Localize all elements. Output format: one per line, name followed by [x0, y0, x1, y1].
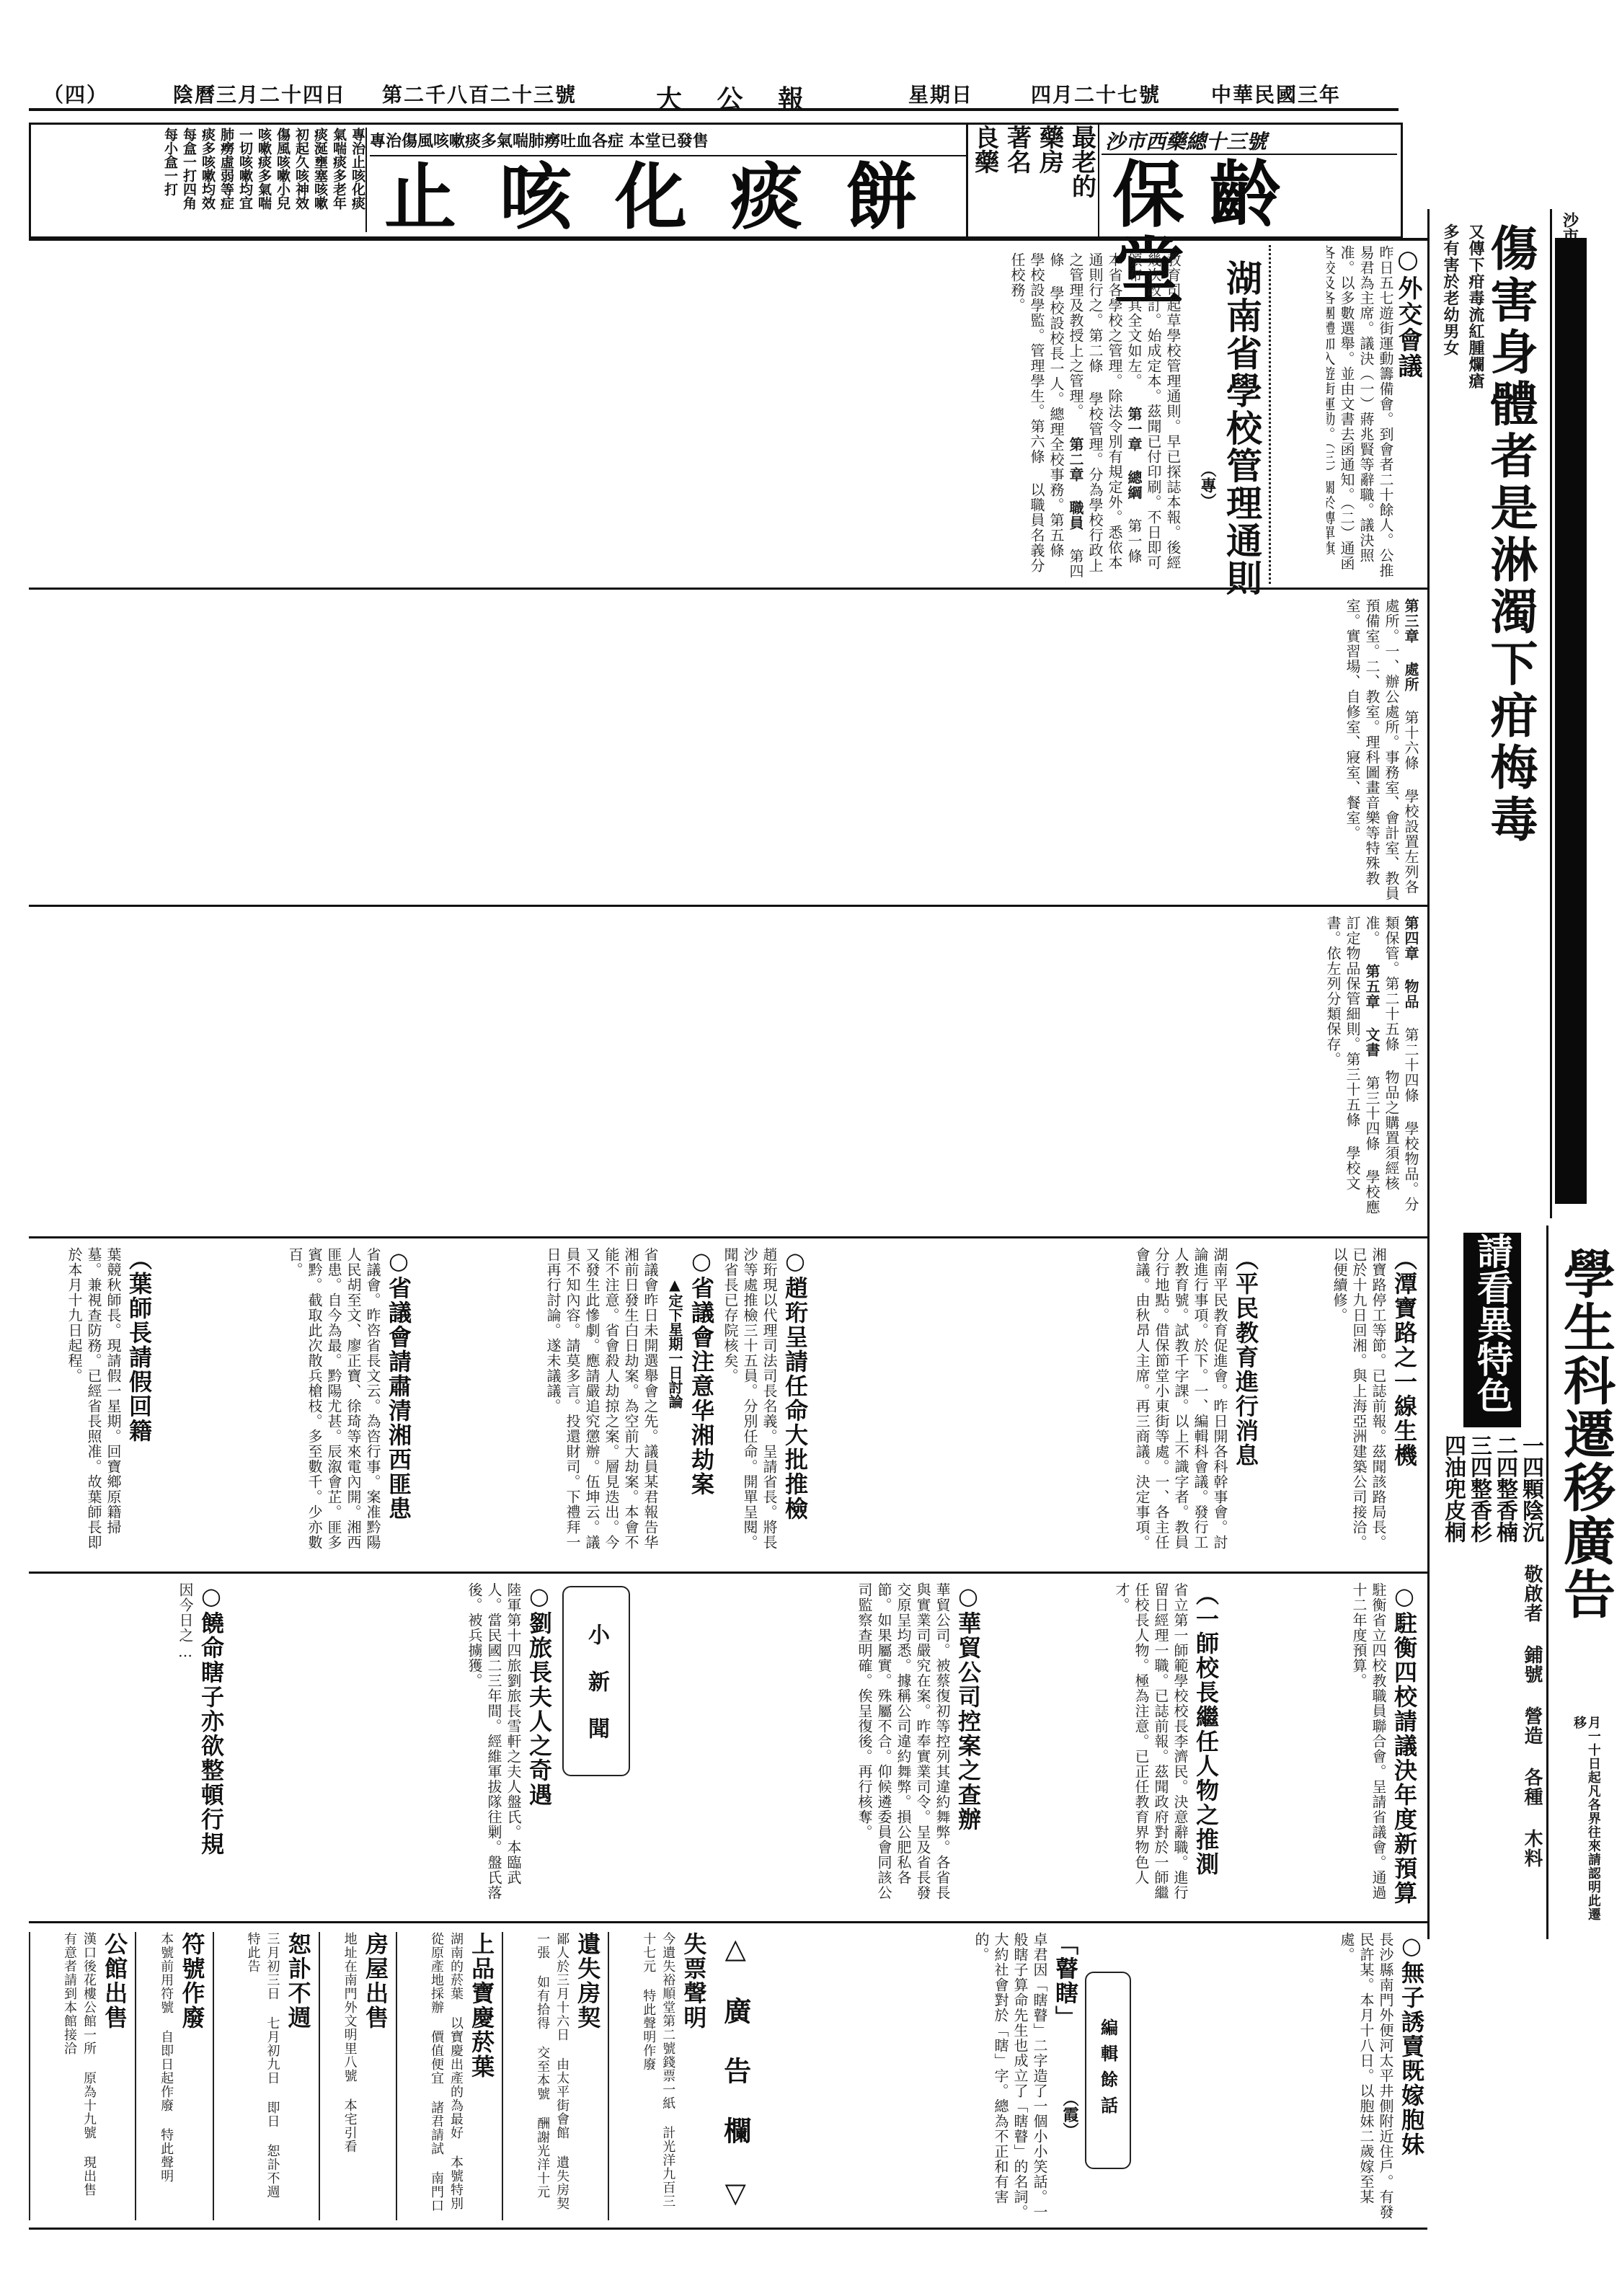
ad-right-banner: 沙市 — [1550, 209, 1588, 1218]
ad-text: 三月初三日 七月初九日 即日 恕訃不週 特此告 — [214, 1932, 283, 2220]
article-headline: ○趙珩呈請任命大批推檢 — [779, 1247, 811, 1521]
school-relocation-note: 月一十日起凡各界往來請認明此遷移 — [1557, 1716, 1600, 1932]
regulation-title-block: 湖南省學校管理通則 （專） — [1189, 245, 1269, 584]
article-body: 省議會昨日未開選舉會之先。議員某君報告华湘前日發生白日劫案。為空前大劫案。本會不… — [418, 1247, 660, 1550]
article-four-schools-budget: ○駐衡四校請議決年度新預算 駐衡省立四校教職員聯合會。呈請省議會。通過十二年度預… — [1226, 1582, 1420, 1907]
column-rule — [1427, 209, 1430, 1939]
row-rule — [29, 588, 1427, 590]
please-see-items: 一四顆陰沉 二四整香楠 三四整香杉 四油兜皮桐 — [1442, 1435, 1543, 1543]
article-headline: ○外交會議 — [1392, 245, 1424, 379]
bottom-rule — [29, 2228, 1427, 2230]
ad-text: 湖南的菸葉 以寶慶出產的為最好 本號特別從原產地採辦 價值便宜 諸君請試 南門口 — [397, 1932, 466, 2220]
item: 四油兜皮桐 — [1440, 1435, 1465, 1543]
article-headline: ○省議會注意华湘劫案 — [686, 1247, 717, 1497]
article-provincial-assembly-1: ○省議會注意华湘劫案 ▲定下星期一日討論 省議會昨日未開選舉會之先。議員某君報告… — [418, 1247, 717, 1550]
row-rule — [29, 905, 1427, 907]
wavy-divider — [1269, 245, 1273, 584]
article-subhead: ▲定下星期一日討論 — [665, 1276, 686, 1409]
row-rule — [29, 1572, 1427, 1574]
classified-ad: 恕訃不週 三月初三日 七月初九日 即日 恕訃不週 特此告 — [213, 1932, 314, 2220]
tagline-block: 最老的 藥房 著名 良藥 — [968, 125, 1099, 236]
lunar-date: 陰曆三月二十四日 — [173, 79, 346, 108]
article-no-son: ○無子誘賣既嫁胞妹 長沙縣南門外便河太平井側附近住戶。有發民許某。本月十八日。以… — [1153, 1932, 1427, 2220]
classified-ad: 失票聲明 今遺失裕順堂第二號錢票一紙 計光洋九百三十七元 特此聲明作廢 — [608, 1932, 709, 2220]
classified-ad: 符號作廢 本號前用符號 自即日起作廢 特此聲明 — [135, 1932, 208, 2220]
venereal-body: 多有害於老幼男女 — [1438, 223, 1460, 872]
article-body: 駐衡省立四校教職員聯合會。呈請省議會。通過十二年度預算。 — [1226, 1582, 1388, 1907]
chapter-text: 第三十四條 學校應訂定物品保管細則。第三十五條 學校文書。依左列分類保存。 — [1324, 916, 1381, 1215]
article-civilian-education: （平民教育進行消息 湖南平民教育促進會。昨日開各科幹事會。討論進行事項。於下。一… — [815, 1247, 1262, 1550]
article-body: 趙珩現以代理司法司長名義。呈請省長。將長沙等處推檢三十五員。分別任命。開單呈閱。… — [721, 1247, 779, 1550]
article-headline: ○饒命瞎子亦欲整頓行規 — [195, 1582, 227, 1856]
item: 三四整香杉 — [1466, 1435, 1491, 1543]
article-body: 陸軍第十四旅劉旅長雪軒之夫人盤氏。本臨武人。當民國二三年間。經維軍拔隊往剿。盤氏… — [231, 1582, 523, 1907]
article-headline: ○省議會請肅清湘西匪患 — [383, 1247, 415, 1521]
weekday: 星期日 — [908, 79, 973, 108]
regulation-body-row1: 教育司起草學校管理通則。早已探誌本報。後經幾次改訂。始成定本。茲聞已付印刷。不日… — [29, 252, 1182, 584]
article-headline: ○劉旅長夫人之奇遇 — [523, 1582, 555, 1807]
ad-cough-cake: 專治傷風咳嗽痰多氣喘肺癆吐血各症 本堂已發售 止咳化痰餅 專治止咳化痰 氣喘痰多… — [29, 123, 1086, 239]
dark-banner-block — [1555, 238, 1587, 1204]
ad-col: 痰涎壅塞咳嗽 — [312, 128, 328, 232]
school-relocation-headline: 學生科遷移廣告 — [1556, 1247, 1615, 1621]
classified-ad: △ 廣 告 欄 ▽ — [714, 1932, 757, 2220]
chapter-label: 第四章 物品 — [1402, 916, 1419, 1009]
ad-baolingtang: 最老的 藥房 著名 良藥 沙市西藥總十三號 保齡堂 — [966, 123, 1403, 239]
ad-title: 上品寶慶菸葉 — [466, 1932, 497, 2079]
regulation-headline: 湖南省學校管理通則 — [1221, 260, 1262, 597]
ad-title: 遺失房契 — [572, 1932, 603, 2030]
article-ye-leave: （葉師長請假回籍 葉競秋師長。現請假一星期。回寶鄉原籍掃墓。兼視查防務。已經省長… — [29, 1247, 155, 1550]
article-first-normal-principal: （一師校長繼任人物之推測 省立第一師範學校校長李濟民。決意辭職。進行留日經理一職… — [988, 1582, 1222, 1907]
classified-ad: 公館出售 漢口後花樓公館一所 原為十九號 現出售 有意者請到本館接洽 — [29, 1932, 130, 2220]
ad-title: 公館出售 — [99, 1932, 130, 2030]
ad-col: 一切咳嗽均宜 — [237, 128, 253, 232]
classified-ad: 房屋出售 地址在南門外文明里八號 本宅引看 — [319, 1932, 391, 2220]
regulation-body-row3: 第四章 物品 第二十四條 學校物品。分類保管。第二十五條 物品之購置須經核准。 … — [29, 916, 1420, 1218]
article-headline: ○駐衡四校請議決年度新預算 — [1388, 1582, 1420, 1905]
ad-text: 今遺失裕順堂第二號錢票一紙 計光洋九百三十七元 特此聲明作廢 — [609, 1932, 678, 2220]
article-liu-wife: ○劉旅長夫人之奇遇 陸軍第十四旅劉旅長雪軒之夫人盤氏。本臨武人。當民國二三年間。… — [231, 1582, 555, 1907]
ad-text: 鄙人於三月十六日 由太平街會館 遺失房契一張 如有拾得 交至本號 酬謝光洋十元 — [503, 1932, 572, 2220]
please-see-note: 敬啟者 鋪號 營造 各種 木料 — [1442, 1564, 1543, 1925]
classified-ad: 上品寶慶菸葉 湖南的菸葉 以寶慶出產的為最好 本號特別從原產地採辦 價值便宜 諸… — [396, 1932, 497, 2220]
ad-text: 地址在南門外文明里八號 本宅引看 — [320, 1932, 360, 2220]
article-headline: ○華貿公司控案之查辦 — [952, 1582, 984, 1832]
article-body: 省立第一師範學校校長李濟民。決意辭職。進行留日經理一職。已誌前報。茲聞政府對於一… — [988, 1582, 1189, 1907]
ad-title: 恕訃不週 — [283, 1932, 314, 2030]
small-news-label: 小 新 聞 — [580, 1623, 612, 1739]
article-body: 昨日五七遊街運動籌備會。到會者二十餘人。公推易君為主席。議決（一）蔣兆賢等辭職。… — [1326, 245, 1395, 584]
ad-text: 本號前用符號 自即日起作廢 特此聲明 — [136, 1932, 176, 2220]
chapter-label: 第二章 職員 — [1067, 437, 1084, 531]
please-see-label: 請看異特色 — [1472, 1233, 1512, 1427]
row-rule — [29, 238, 1427, 241]
page-number: （四） — [43, 79, 108, 108]
venereal-headline: 傷害身體者是淋濁下疳梅毒 — [1485, 223, 1535, 846]
ad-col: 痰多咳嗽均效 — [200, 128, 216, 232]
cough-cake-small-text: 專治止咳化痰 氣喘痰多老年 痰涎壅塞咳嗽 初起久咳神效 傷風咳嗽小兒 咳嗽痰多氣… — [34, 128, 367, 232]
row-rule — [29, 1236, 1427, 1238]
editor-note-label: 編輯餘話 — [1096, 2018, 1121, 2122]
cough-cake-header: 專治傷風咳嗽痰多氣喘肺癆吐血各症 本堂已發售 — [370, 129, 709, 151]
article-editor-note: 「瞽瞎」 （霞） 卓君因「瞎瞽」二字造了一個小小笑話。一般瞎子算命先生也成立了「… — [764, 1932, 1081, 2220]
article-foreign-meeting: ○外交會議 昨日五七遊街運動籌備會。到會者二十餘人。公推易君為主席。議決（一）蔣… — [1326, 245, 1424, 584]
ad-lower-right: 請看異特色 一四顆陰沉 二四整香楠 三四整香杉 四油兜皮桐 敬啟者 鋪號 營造 … — [1435, 1225, 1608, 1939]
article-body: 長沙縣南門外便河太平井側附近住戶。有發民許某。本月十八日。以胞妹二歲嫁至某處。 — [1153, 1932, 1395, 2220]
article-body: 卓君因「瞎瞽」二字造了一個小小笑話。一般瞎子算命先生也成立了「瞎瞽」的名詞。大約… — [764, 1932, 1049, 2220]
ad-col: 傷風咳嗽小兒 — [275, 128, 291, 232]
ad-col: 初起久咳神效 — [293, 128, 309, 232]
classified-ad: 遺失房契 鄙人於三月十六日 由太平街會館 遺失房契一張 如有拾得 交至本號 酬謝… — [502, 1932, 603, 2220]
cough-cake-product: 止咳化痰餅 — [384, 159, 961, 235]
article-body: 湘寶路停工等節。已誌前報。茲聞該路局長。已於十九日回湘。與上海亞洲建築公司接洽。… — [1269, 1247, 1388, 1550]
date: 四月二十七號 — [1031, 79, 1161, 108]
article-tanbao-road: （潭寶路之一線生機 湘寶路停工等節。已誌前報。茲聞該路局長。已於十九日回湘。與上… — [1269, 1247, 1420, 1550]
article-headline: （一師校長繼任人物之推測 — [1190, 1582, 1222, 1876]
masthead-rule — [29, 108, 1399, 111]
row-rule — [29, 1921, 1427, 1923]
article-body: 省議會。昨咨省長文云。為咨行事。案准黔陽人民胡至文、廖正寶、徐琦等來電內開。湘西… — [159, 1247, 382, 1550]
ad-col: 肺癆虛弱等症 — [218, 128, 234, 232]
ad-title: 房屋出售 — [360, 1932, 391, 2030]
article-headline: 「瞽瞎」 — [1050, 1932, 1081, 2030]
article-headline: （潭寶路之一線生機 — [1388, 1247, 1420, 1468]
article-headline: （葉師長請假回籍 — [123, 1247, 155, 1443]
ad-col: 每盒一打四角 — [181, 128, 197, 232]
ad-title: 失票聲明 — [678, 1932, 709, 2030]
article-body: 葉競秋師長。現請假一星期。回寶鄉原籍掃墓。兼視查防務。已經省長照准。故葉師長即於… — [29, 1247, 123, 1550]
article-provincial-assembly-2: ○省議會請肅清湘西匪患 省議會。昨咨省長文云。為咨行事。案准黔陽人民胡至文、廖正… — [159, 1247, 415, 1550]
item: 一四顆陰沉 — [1518, 1435, 1543, 1543]
tagline: 良藥 — [970, 125, 999, 236]
ad-venereal: 傷害身體者是淋濁下疳梅毒 又傳下疳毒流紅腫爛瘡 多有害於老幼男女 — [1435, 209, 1543, 1211]
small-news-box: 小 新 聞 — [562, 1586, 630, 1776]
tagline: 藥房 — [1035, 125, 1064, 236]
please-see-block: 請看異特色 — [1463, 1233, 1521, 1427]
article-blind-guild: ○饒命瞎子亦欲整頓行規 因今日之… — [29, 1582, 227, 1907]
item: 二四整香楠 — [1492, 1435, 1517, 1543]
article-tag: （霞） — [1059, 2091, 1081, 2138]
article-zhao-appointment: ○趙珩呈請任命大批推檢 趙珩現以代理司法司長名義。呈請省長。將長沙等處推檢三十五… — [721, 1247, 811, 1550]
ad-title: △ 廣 告 欄 ▽ — [716, 1932, 755, 2220]
ad-col: 咳嗽痰多氣喘 — [256, 128, 272, 232]
address-line: 沙市西藥總十三號 — [1105, 126, 1267, 155]
column-rule — [1546, 1225, 1548, 1939]
article-body: 華貿公司。被蔡復初等控列其違約舞弊。各省長與實業司嚴究在案。昨奉實業司令。呈及省… — [634, 1582, 952, 1907]
ad-text: 漢口後花樓公館一所 原為十九號 現出售 有意者請到本館接洽 — [30, 1932, 99, 2220]
ad-col: 氣喘痰多老年 — [331, 128, 347, 232]
chapter-label: 第三章 處所 — [1402, 598, 1419, 692]
regulation-tag: （專） — [1197, 461, 1219, 509]
article-headline: ○無子誘賣既嫁胞妹 — [1396, 1932, 1427, 2157]
venereal-body: 又傳下疳毒流紅腫爛瘡 — [1463, 223, 1485, 872]
ad-title: 符號作廢 — [177, 1932, 208, 2030]
article-body: 湖南平民教育促進會。昨日開各科幹事會。討論進行事項。於下。一、編輯科會議。發行工… — [815, 1247, 1229, 1550]
chapter-label: 第一章 總綱 — [1125, 407, 1143, 500]
classified-ads: △ 廣 告 欄 ▽ 失票聲明 今遺失裕順堂第二號錢票一紙 計光洋九百三十七元 特… — [29, 1932, 757, 2220]
regulation-body-row2: 第三章 處所 第十六條 學校設置左列各處所。一、辦公處所。事務室、會計室、教員預… — [29, 598, 1420, 901]
ad-col: 每小盒一打 — [162, 128, 178, 232]
article-body: 因今日之… — [29, 1582, 195, 1907]
issue-number: 第二千八百二十三號 — [382, 79, 577, 108]
tagline: 著名 — [1003, 125, 1032, 236]
editor-note-box: 編輯餘話 — [1085, 1972, 1131, 2169]
tagline: 最老的 — [1068, 125, 1096, 236]
year: 中華民國三年 — [1211, 79, 1341, 108]
article-huamao-case: ○華貿公司控案之查辦 華貿公司。被蔡復初等控列其違約舞弊。各省長與實業司嚴究在案… — [634, 1582, 984, 1907]
ad-col: 專治止咳化痰 — [350, 128, 365, 232]
chapter-label: 第五章 文書 — [1363, 964, 1381, 1058]
article-headline: （平民教育進行消息 — [1230, 1247, 1262, 1468]
